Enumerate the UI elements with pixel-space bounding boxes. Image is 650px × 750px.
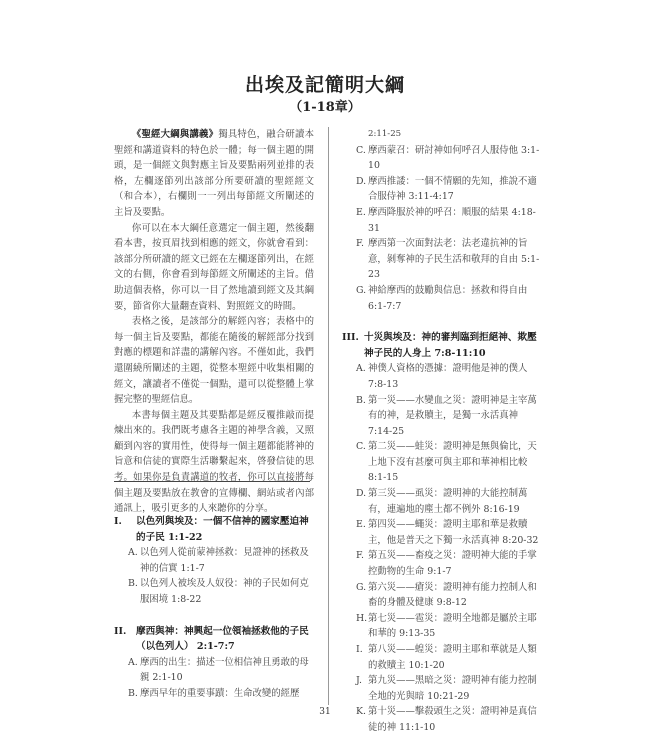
outline-item: C. 摩西蒙召：研討神如何呼召人服侍他 3:1-10 [342, 143, 542, 174]
outline-item: C. 第二災——蛙災：證明神是無與倫比，天上地下沒有甚麼可與主耶和華神相比較 8… [342, 439, 542, 486]
page-number: 31 [0, 707, 650, 717]
page-title: 出埃及記簡明大綱 [0, 70, 650, 97]
outline-item: B. 摩西早年的重要事蹟：生命改變的經歷 2:11-25 [114, 686, 314, 702]
section-number: I. [114, 514, 136, 545]
chapter-range: （1-18章） [0, 96, 650, 115]
outline-item: D. 摩西推諉：一個不情願的先知，推說不適合服侍神 3:11-4:17 [342, 174, 542, 205]
outline-item: J. 第九災——黑暗之災：證明神有能力控制全地的光與暗 10:21-29 [342, 673, 542, 704]
intro-paragraph: 本書每個主題及其要點都是經反覆推敲而提煉出來的。我們既考慮各主題的神學含義，又照… [114, 408, 314, 517]
outline-item-continued [342, 111, 542, 127]
outline-section-3: III. 十災與埃及：神的審判臨到拒絕神、欺壓神子民的人身上 7:8-11:10… [342, 330, 542, 735]
intro-paragraph: 你可以在本大綱任意選定一個主題，然後翻看本書，按頁眉找到相應的經文，你就會看到：… [114, 221, 314, 315]
section-number: III. [342, 330, 364, 361]
outline-item: G. 第六災——瘡災：證明神有能力控制人和畜的身體及健康 9:8-12 [342, 580, 542, 611]
outline-item-continued: 2:11-25 [342, 127, 542, 143]
outline-item: H. 第七災——雹災：證明全地都是屬於主耶和華的 9:13-35 [342, 611, 542, 642]
section-title: 以色列與埃及：一個不信神的國家壓迫神的子民 1:1-22 [136, 514, 314, 545]
outline-right-column: 2:11-25 C. 摩西蒙召：研討神如何呼召人服侍他 3:1-10 D. 摩西… [342, 127, 542, 736]
section-number: II. [114, 624, 136, 655]
outline-section-1: I. 以色列與埃及：一個不信神的國家壓迫神的子民 1:1-22 A. 以色列人從… [114, 514, 314, 608]
intro-column: 《聖經大綱與講義》獨具特色，融合研讀本聖經和講道資料的特色於一體；每一個主題的開… [114, 127, 314, 517]
outline-item: F. 摩西第一次面對法老：法老違抗神的旨意，剝奪神的子民生活和敬拜的自由 5:1… [342, 236, 542, 283]
intro-paragraph: 《聖經大綱與講義》獨具特色，融合研讀本聖經和講道資料的特色於一體；每一個主題的開… [114, 127, 314, 221]
horizontal-divider [114, 481, 310, 482]
column-divider [328, 127, 329, 705]
outline-item: A. 摩西的出生：描述一位相信神且勇敢的母親 2:1-10 [114, 655, 314, 686]
section-title: 摩西與神：神興起一位領袖拯救他的子民（以色列人） 2:1-7:7 [136, 624, 314, 655]
section-title: 十災與埃及：神的審判臨到拒絕神、欺壓神子民的人身上 7:8-11:10 [364, 330, 542, 361]
book-title-bold: 《聖經大綱與講義》 [132, 129, 218, 140]
outline-item: D. 第三災——虱災：證明神的大能控制萬有，連遍地的塵土都不例外 8:16-19 [342, 486, 542, 517]
outline-item: B. 以色列人被埃及人奴役：神的子民如何克服困境 1:8-22 [114, 576, 314, 607]
outline-item: A. 神僕人資格的憑據：證明他是神的僕人 7:8-13 [342, 361, 542, 392]
outline-item: G. 神給摩西的鼓勵與信息：拯救和得自由 6:1-7:7 [342, 283, 542, 314]
outline-item: I. 第八災——蝗災：證明主耶和華就是人類的救贖主 10:1-20 [342, 642, 542, 673]
intro-paragraph: 表格之後，是該部分的解經內容；表格中的每一個主旨及要點，都能在隨後的解經部分找到… [114, 314, 314, 408]
outline-item: E. 第四災——蠅災：證明主耶和華是救贖主，他是普天之下獨一永活真神 8:20-… [342, 517, 542, 548]
outline-item: E. 摩西降服於神的呼召：順服的結果 4:18-31 [342, 205, 542, 236]
outline-item: F. 第五災——畜疫之災：證明神大能的手掌控動物的生命 9:1-7 [342, 548, 542, 579]
outline-left-column: I. 以色列與埃及：一個不信神的國家壓迫神的子民 1:1-22 A. 以色列人從… [114, 514, 314, 702]
outline-item: B. 第一災——水變血之災：證明神是主宰萬有的神，是救贖主，是獨一永活真神 7:… [342, 393, 542, 440]
outline-item: A. 以色列人從前蒙神拯救：見證神的拯救及神的信實 1:1-7 [114, 545, 314, 576]
outline-section-2: II. 摩西與神：神興起一位領袖拯救他的子民（以色列人） 2:1-7:7 A. … [114, 624, 314, 702]
